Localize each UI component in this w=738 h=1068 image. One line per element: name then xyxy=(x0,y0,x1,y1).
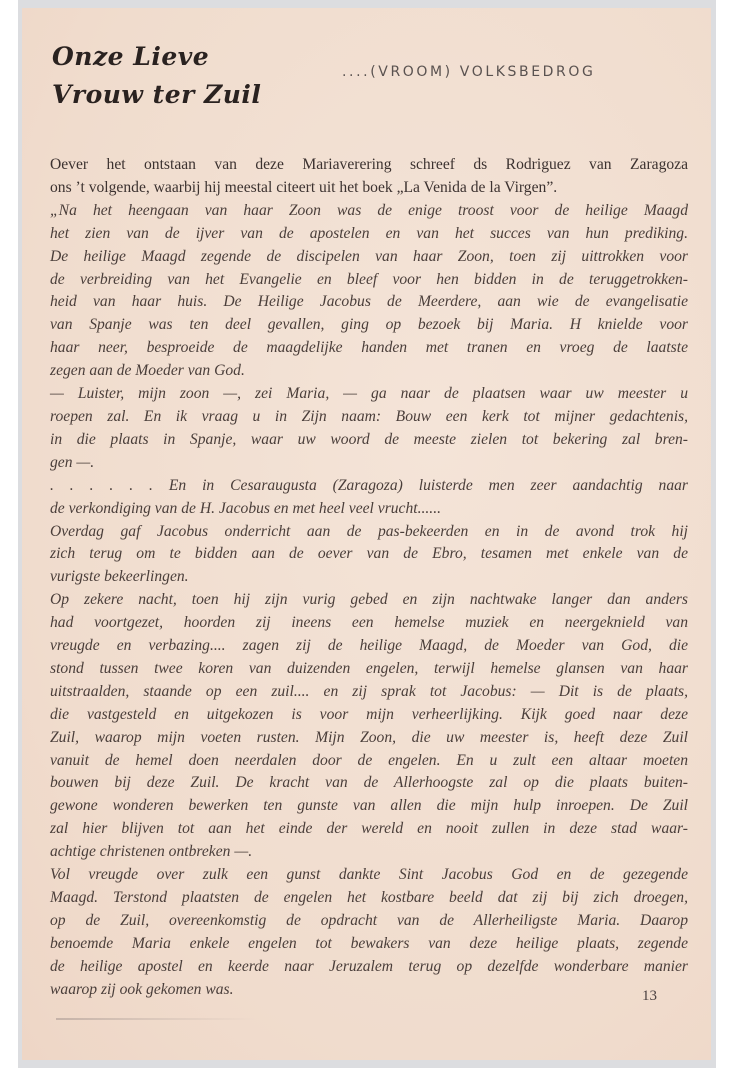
text-line: Maagd. Terstond plaatsten de engelen het… xyxy=(50,887,688,910)
text-line: de heilige apostel en keerde naar Jeruza… xyxy=(50,956,688,979)
text-line: zal hier blijven tot aan het einde der w… xyxy=(50,818,688,841)
text-line: benoemde Maria enkele engelen tot bewake… xyxy=(50,933,688,956)
text-line: Oever het ontstaan van deze Mariavererin… xyxy=(50,154,688,177)
title-line-1: Onze Lieve xyxy=(52,38,261,76)
text-line: waarop zij ook gekomen was. xyxy=(50,979,688,1002)
text-line: De heilige Maagd zegende de discipelen v… xyxy=(50,246,688,269)
text-line: uitstraalden, staande op een zuil.... en… xyxy=(50,681,688,704)
text-line: van Spanje was ten deel gevallen, ging o… xyxy=(50,314,688,337)
text-line: achtige christenen ontbreken —. xyxy=(50,841,688,864)
text-line: had voortgezet, hoorden zij ineens een h… xyxy=(50,612,688,635)
text-line: de verkondiging van de H. Jacobus en met… xyxy=(50,498,688,521)
text-line: „Na het heengaan van haar Zoon was de en… xyxy=(50,200,688,223)
section-subtitle: ....(VROOM) VOLKSBEDROG xyxy=(342,64,595,80)
text-line: Overdag gaf Jacobus onderricht aan de pa… xyxy=(50,521,688,544)
page-number: 13 xyxy=(642,988,657,1005)
print-smudge xyxy=(56,1018,256,1020)
text-line: Op zekere nacht, toen hij zijn vurig geb… xyxy=(50,589,688,612)
text-line: die vastgesteld en uitgekozen is voor mi… xyxy=(50,704,688,727)
text-line: ons ’t volgende, waarbij hij meestal cit… xyxy=(50,177,688,200)
document-page: Onze Lieve Vrouw ter Zuil ....(VROOM) VO… xyxy=(22,8,711,1060)
text-line: — Luister, mijn zoon —, zei Maria, — ga … xyxy=(50,383,688,406)
text-line: haar neer, besproeide de maagdelijke han… xyxy=(50,337,688,360)
title-line-2: Vrouw ter Zuil xyxy=(52,76,261,114)
text-line: op de Zuil, overeenkomstig de opdracht v… xyxy=(50,910,688,933)
text-line: vreugde en verbazing.... zagen zij de he… xyxy=(50,635,688,658)
text-line: heid van haar huis. De Heilige Jacobus d… xyxy=(50,291,688,314)
text-line: vanuit de hemel doen neerdalen door de e… xyxy=(50,750,688,773)
text-line: . . . . . . En in Cesaraugusta (Zaragoza… xyxy=(50,475,688,498)
text-line: het zien van de ijver van de apostelen e… xyxy=(50,223,688,246)
article-body: Oever het ontstaan van deze Mariavererin… xyxy=(50,154,688,1002)
page-title: Onze Lieve Vrouw ter Zuil xyxy=(52,38,261,114)
text-line: de verbreiding van het Evangelie en blee… xyxy=(50,269,688,292)
text-line: zich terug om te bidden aan de oever van… xyxy=(50,543,688,566)
text-line: zegen aan de Moeder van God. xyxy=(50,360,688,383)
text-line: gewone wonderen bewerken ten gunste van … xyxy=(50,795,688,818)
text-line: roepen zal. En ik vraag u in Zijn naam: … xyxy=(50,406,688,429)
text-line: gen —. xyxy=(50,452,688,475)
text-line: in die plaats in Spanje, waar uw woord d… xyxy=(50,429,688,452)
text-line: Vol vreugde over zulk een gunst dankte S… xyxy=(50,864,688,887)
text-line: Zuil, waarop mijn voeten rusten. Mijn Zo… xyxy=(50,727,688,750)
text-line: bouwen bij deze Zuil. De kracht van de A… xyxy=(50,772,688,795)
text-line: stond tussen twee koren van duizenden en… xyxy=(50,658,688,681)
text-line: vurigste bekeerlingen. xyxy=(50,566,688,589)
